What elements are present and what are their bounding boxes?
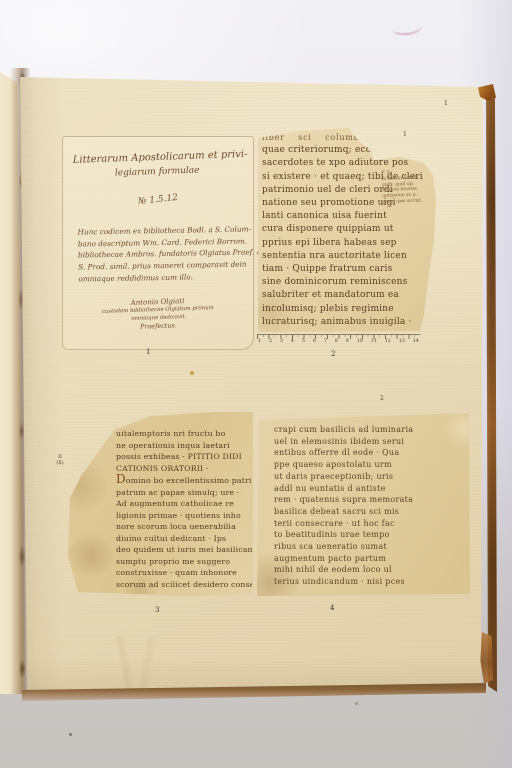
figure-label-1: 1: [146, 348, 150, 356]
facsimile-3-text: uitalemptoris nri fructu bone operationi…: [116, 428, 252, 590]
ruler-number: 7: [324, 339, 327, 345]
manuscript-line: tiam · Quippe fratrum caris: [262, 263, 434, 276]
ruler-number: 8: [335, 339, 338, 345]
ruler-number: 10: [357, 339, 363, 345]
manuscript-line: entibus offerre dl eode · Qua: [274, 447, 464, 459]
photo-scene: 1 Litterarum Apostolicarum et privi-legi…: [0, 0, 512, 768]
ruler-number: 5: [302, 339, 305, 345]
facsimile-1-body: Hunc codicem ex bibliotheca Bodl. a S. C…: [78, 224, 251, 286]
manuscript-line: construxisse · quam inhonore: [116, 567, 252, 579]
facsimile-4: crapi cum basilicis ad luminariauel in e…: [256, 410, 472, 598]
facsimile-1-signature: Antonio Olgiaticustodem bibliothecae Olg…: [96, 295, 219, 333]
facsimile-2-marginal-gloss: T. S.fu hoc in landib.quib; quid ap.sing…: [381, 169, 434, 206]
facsimile-1-title: Litterarum Apostolicarum et privi-legiar…: [73, 148, 242, 182]
folio-mark-2: 2: [380, 395, 384, 402]
ruler-number: 12: [385, 339, 391, 345]
table-speck: [355, 702, 358, 705]
manuscript-line: augmentum pacto partum: [274, 553, 464, 565]
manuscript-line: patrum ac papae simulq; ure ·: [116, 487, 252, 499]
ruler-number: 2: [269, 339, 272, 345]
manuscript-line: sacerdotes te xpo adiutore pos: [262, 157, 434, 170]
ruler-number: 6: [313, 339, 316, 345]
ruler-number: 13: [399, 339, 405, 345]
manuscript-line: sine dominicorum reminiscens: [262, 276, 434, 289]
facsimile-4-text: crapi cum basilicis ad luminariauel in e…: [274, 424, 464, 588]
manuscript-line: salubriter et mandatorum ea: [262, 289, 434, 302]
manuscript-line: diuino cultui dedicant · Ips: [116, 533, 252, 545]
manuscript-line: CATIONIS ORATORII ·: [116, 463, 252, 475]
manuscript-line: lanti canonica uisa fuerint: [262, 210, 434, 223]
manuscript-line: uitalemptoris nri fructu bo: [116, 428, 252, 440]
inscription-line: omniaque reddidimus cum illo.: [78, 270, 250, 285]
manuscript-line: ut daris praeceptionib; uris: [274, 471, 464, 483]
manuscript-line: ppe quaeso apostolatu urm: [274, 459, 464, 471]
manuscript-line: deo quidem ut iuris mei basilicam: [116, 544, 252, 556]
manuscript-line: ribus sca ueneratio sumat: [274, 541, 464, 553]
ruler-number: 4: [291, 339, 294, 345]
folio-mark-1: 1: [403, 131, 407, 138]
manuscript-line: crapi cum basilicis ad luminaria: [274, 424, 464, 436]
manuscript-line: ne operationis inqua laetari: [116, 440, 252, 452]
plate-margin-mark: II (X): [50, 455, 70, 466]
manuscript-line: ligionis primae · quotiens inho: [116, 510, 252, 522]
paper-speck: [190, 371, 194, 375]
manuscript-line: addl nu euntatis d antiste: [274, 483, 464, 495]
manuscript-line: sententia nra auctoritate licen: [262, 250, 434, 263]
figure-label-3: 3: [155, 606, 159, 614]
facsimile-1: Litterarum Apostolicarum et privi-legiar…: [62, 136, 254, 350]
manuscript-line: pprius epi libera habeas sep: [262, 237, 434, 250]
manuscript-line: lucraturisq; animabus inuigila ·: [262, 316, 434, 329]
ruler-number: 14: [413, 339, 419, 345]
facsimile-2-text: liber sci columbani de bobioquae criteri…: [262, 131, 434, 329]
ruler-number: 1: [258, 339, 261, 345]
manuscript-line: mihi nihil de eodem loco ul: [274, 564, 464, 576]
ruler-number: 9: [346, 339, 349, 345]
manuscript-line: basilica debeat sacru sci mis: [274, 506, 464, 518]
table-speck: [69, 733, 72, 736]
manuscript-line: scorum ad scilicet desidero conse: [116, 579, 252, 591]
scale-ruler: 1234567891011121314: [257, 334, 420, 345]
ruler-numbers: 1234567891011121314: [257, 339, 420, 345]
page-wrinkle: [36, 636, 216, 690]
manuscript-line: rem · quatenus supra memorata: [274, 494, 464, 506]
page-corner-mark: 1: [444, 100, 448, 107]
manuscript-line: Domino bo excellentissimo patri: [116, 474, 252, 487]
manuscript-line: possis exhibeas · PITITIO DIDI: [116, 451, 252, 463]
manuscript-line: sumptu proprio me suggero: [116, 556, 252, 568]
manuscript-line: nore scorum loca uenerabilia: [116, 521, 252, 533]
manuscript-line: Ad augmentum catholicae re: [116, 498, 252, 510]
manuscript-line: to beatitudinis urae tempo: [274, 529, 464, 541]
manuscript-line: cura disponere quippiam ut: [262, 223, 434, 236]
manuscript-line: terii consecrare · ut hoc fac: [274, 518, 464, 530]
manuscript-line: uel in elemosinis ibidem serui: [274, 436, 464, 448]
ruler-number: 3: [280, 339, 283, 345]
manuscript-line: incolumisq; plebis regimine: [262, 303, 434, 316]
facsimile-1-shelfmark: № 1.5.12: [113, 190, 204, 209]
figure-label-2: 2: [331, 350, 335, 358]
manuscript-line: terius uindicandum · nisi pces: [274, 576, 464, 588]
ruler-number: 11: [371, 339, 377, 345]
margin-mark-line: (X): [50, 461, 70, 467]
figure-label-4: 4: [330, 604, 334, 612]
